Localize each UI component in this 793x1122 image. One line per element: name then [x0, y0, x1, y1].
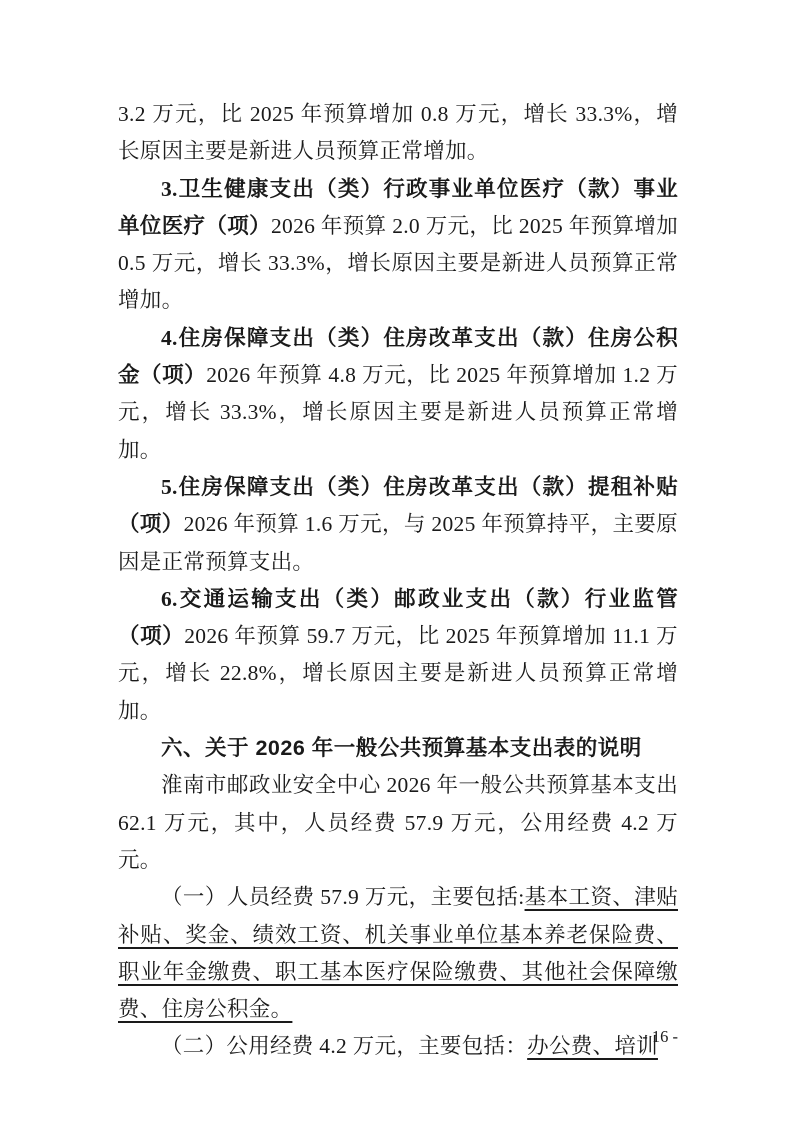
paragraph: （一）人员经费 57.9 万元，主要包括:基本工资、津贴补贴、奖金、绩效工资、机…	[118, 879, 678, 1028]
paragraph: 3.2 万元，比 2025 年预算增加 0.8 万元，增长 33.3%，增长原因…	[118, 96, 678, 171]
text-run: 2026 年预算 1.6 万元，与 2025 年预算持平，主要原因是正常预算支出…	[118, 512, 678, 573]
document-body: 3.2 万元，比 2025 年预算增加 0.8 万元，增长 33.3%，增长原因…	[118, 96, 678, 1066]
document-page: 3.2 万元，比 2025 年预算增加 0.8 万元，增长 33.3%，增长原因…	[0, 0, 793, 1122]
text-run: 六、关于 2026 年一般公共预算基本支出表的说明	[161, 736, 642, 760]
paragraph: 淮南市邮政业安全中心 2026 年一般公共预算基本支出 62.1 万元，其中，人…	[118, 767, 678, 879]
paragraph: 6.交通运输支出（类）邮政业支出（款）行业监管（项）2026 年预算 59.7 …	[118, 581, 678, 730]
paragraph: 3.卫生健康支出（类）行政事业单位医疗（款）事业单位医疗（项）2026 年预算 …	[118, 171, 678, 320]
paragraph: 4.住房保障支出（类）住房改革支出（款）住房公积金（项）2026 年预算 4.8…	[118, 320, 678, 469]
paragraph: 5.住房保障支出（类）住房改革支出（款）提租补贴（项）2026 年预算 1.6 …	[118, 469, 678, 581]
section-heading: 六、关于 2026 年一般公共预算基本支出表的说明	[118, 730, 678, 767]
text-run: （一）人员经费 57.9 万元，主要包括:	[161, 885, 525, 909]
text-run: 淮南市邮政业安全中心 2026 年一般公共预算基本支出 62.1 万元，其中，人…	[118, 773, 678, 872]
page-number: - 16 -	[642, 1027, 678, 1046]
page-footer: - 16 -	[118, 1026, 678, 1048]
text-run: 2026 年预算 59.7 万元，比 2025 年预算增加 11.1 万元，增长…	[118, 624, 678, 723]
text-run: 3.2 万元，比 2025 年预算增加 0.8 万元，增长 33.3%，增长原因…	[118, 102, 678, 163]
